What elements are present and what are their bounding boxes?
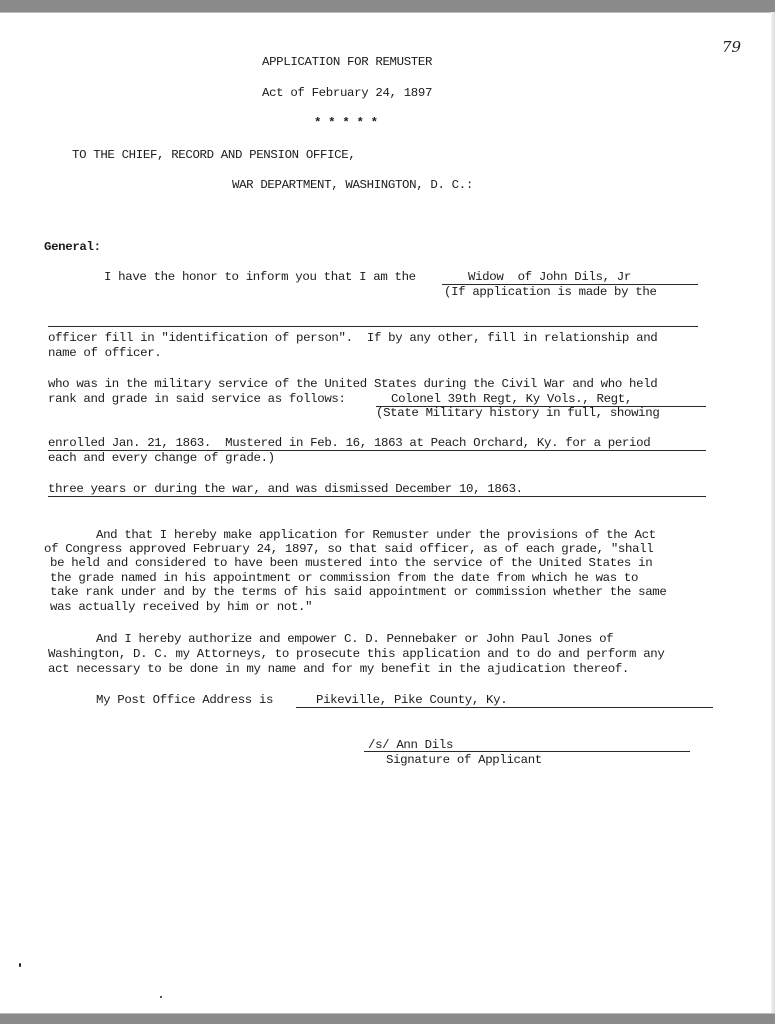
relationship-intro: I have the honor to inform you that I am… — [104, 270, 416, 284]
post-office-label: My Post Office Address is — [96, 693, 273, 707]
viewer-bottom-bar — [0, 1013, 775, 1024]
page-edge — [771, 12, 775, 1013]
rank-field[interactable]: Colonel 39th Regt, Ky Vols., Regt, — [391, 392, 632, 406]
post-office-field[interactable]: Pikeville, Pike County, Ky. — [316, 693, 507, 707]
service-text-line-1: who was in the military service of the U… — [48, 377, 657, 391]
address-line-2: WAR DEPARTMENT, WASHINGTON, D. C.: — [232, 178, 473, 192]
service-text-line-2: rank and grade in said service as follow… — [48, 392, 346, 406]
military-history-line-2[interactable]: three years or during the war, and was d… — [48, 482, 523, 496]
identification-instruction-cont: name of officer. — [48, 346, 161, 360]
salutation: General: — [44, 240, 101, 254]
scan-speck — [160, 996, 162, 998]
history-instruction-cont: each and every change of grade.) — [48, 451, 275, 465]
remuster-text-line: was actually received by him or not." — [50, 600, 312, 614]
remuster-text-line: take rank under and by the terms of his … — [50, 585, 666, 599]
stars-separator: * * * * * — [314, 116, 378, 130]
remuster-text-line: of Congress approved February 24, 1897, … — [44, 542, 653, 556]
authorization-text-line: Washington, D. C. my Attorneys, to prose… — [48, 647, 664, 661]
signature-label: Signature of Applicant — [386, 753, 542, 767]
act-date: Act of February 24, 1897 — [262, 86, 432, 100]
page-number: 79 — [722, 38, 741, 56]
document-title: APPLICATION FOR REMUSTER — [262, 55, 432, 69]
military-history-line-1[interactable]: enrolled Jan. 21, 1863. Mustered in Feb.… — [48, 436, 650, 450]
identification-instruction: officer fill in "identification of perso… — [48, 331, 657, 345]
history-underline-2 — [48, 496, 706, 497]
post-office-underline — [296, 707, 713, 708]
document-page: 79 APPLICATION FOR REMUSTER Act of Febru… — [0, 13, 771, 1013]
identification-blank-line[interactable] — [48, 326, 698, 327]
history-instruction: (State Military history in full, showing — [376, 406, 659, 420]
relationship-field[interactable]: Widow of John Dils, Jr — [468, 270, 631, 284]
signature-field[interactable]: /s/ Ann Dils — [368, 738, 453, 752]
address-line-1: TO THE CHIEF, RECORD AND PENSION OFFICE, — [72, 148, 355, 162]
relationship-instruction: (If application is made by the — [444, 285, 657, 299]
remuster-text-line: And that I hereby make application for R… — [96, 528, 656, 542]
remuster-text-line: the grade named in his appointment or co… — [50, 571, 638, 585]
remuster-text-line: be held and considered to have been must… — [50, 556, 652, 570]
signature-underline — [364, 751, 690, 752]
scan-speck — [19, 963, 21, 967]
authorization-text-line: act necessary to be done in my name and … — [48, 662, 629, 676]
authorization-text-line: And I hereby authorize and empower C. D.… — [96, 632, 613, 646]
viewer-top-bar — [0, 0, 775, 13]
